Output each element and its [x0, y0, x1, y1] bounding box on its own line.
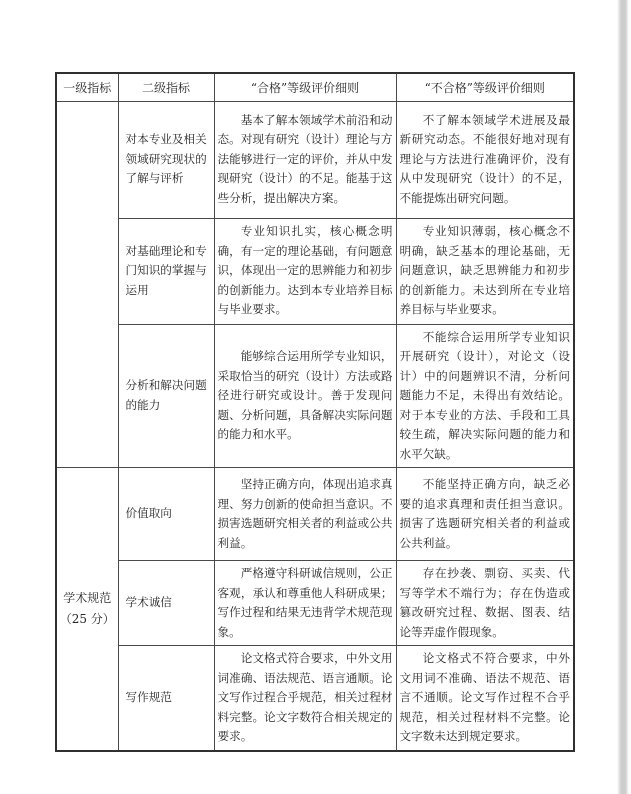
- fail-criteria-cell: 不能综合运用所学专业知识开展研究（设计），对论文（设计）中的问题辨识不清，分析问…: [396, 324, 574, 468]
- pass-criteria-cell: 论文格式符合要求，中外文用词准确、语法规范、语言通顺。论文写作过程合乎规范，相关…: [214, 646, 396, 751]
- document-page: 一级指标 二级指标 “合格”等级评价细则 “不合格”等级评价细则 对本专业及相关…: [0, 0, 631, 794]
- level2-cell: 分析和解决问题的能力: [118, 324, 214, 468]
- pass-criteria-text: 专业知识扎实，核心概念明确，有一定的理论基础，有问题意识，体现出一定的思辨能力和…: [218, 222, 393, 320]
- level2-cell: 对本专业及相关领域研究现状的了解与评析: [118, 101, 214, 218]
- table-row: 学术诚信 严格遵守科研诚信规则，公正客观，承认和尊重他人科研成果；写作过程和结果…: [56, 561, 574, 646]
- pass-criteria-cell: 坚持正确方向，体现出追求真理、努力创新的使命担当意识。不损害选题研究相关者的利益…: [214, 468, 396, 561]
- fail-criteria-text: 专业知识薄弱，核心概念不明确，缺乏基本的理论基础，无问题意识，缺乏思辨能力和初步…: [400, 222, 571, 320]
- table-row: 分析和解决问题的能力 能够综合运用所学专业知识，采取恰当的研究（设计）方法或路径…: [56, 324, 574, 468]
- level2-cell: 对基础理论和专门知识的掌握与运用: [118, 218, 214, 324]
- pass-criteria-cell: 基本了解本领域学术前沿和动态。对现有研究（设计）理论与方法能够进行一定的评价，并…: [214, 101, 396, 218]
- pass-criteria-text: 坚持正确方向，体现出追求真理、努力创新的使命担当意识。不损害选题研究相关者的利益…: [218, 475, 393, 553]
- level2-cell: 写作规范: [118, 646, 214, 751]
- evaluation-rubric-table: 一级指标 二级指标 “合格”等级评价细则 “不合格”等级评价细则 对本专业及相关…: [55, 72, 575, 752]
- header-pass-criteria: “合格”等级评价细则: [214, 73, 396, 101]
- fail-criteria-text: 存在抄袭、剽窃、买卖、代写等学术不端行为；存在伪造或篡改研究过程、数据、图表、结…: [400, 564, 571, 642]
- table-row: 对基础理论和专门知识的掌握与运用 专业知识扎实，核心概念明确，有一定的理论基础，…: [56, 218, 574, 324]
- level1-label-line1: 学术规范: [59, 588, 116, 609]
- level1-label-line2: （25 分）: [59, 609, 116, 630]
- fail-criteria-text: 不了解本领域学术进展及最新研究动态。不能很好地对现有理论与方法进行准确评价，没有…: [400, 111, 571, 209]
- fail-criteria-cell: 不能坚持正确方向，缺乏必要的追求真理和责任担当意识。损害了选题研究相关者的利益或…: [396, 468, 574, 561]
- header-fail-criteria: “不合格”等级评价细则: [396, 73, 574, 101]
- pass-criteria-cell: 能够综合运用所学专业知识，采取恰当的研究（设计）方法或路径进行研究或设计。善于发…: [214, 324, 396, 468]
- fail-criteria-text: 不能坚持正确方向，缺乏必要的追求真理和责任担当意识。损害了选题研究相关者的利益或…: [400, 475, 571, 553]
- level2-cell: 学术诚信: [118, 561, 214, 646]
- fail-criteria-cell: 存在抄袭、剽窃、买卖、代写等学术不端行为；存在伪造或篡改研究过程、数据、图表、结…: [396, 561, 574, 646]
- level1-cell-empty: [56, 101, 118, 468]
- level2-cell: 价值取向: [118, 468, 214, 561]
- table-row: 对本专业及相关领域研究现状的了解与评析 基本了解本领域学术前沿和动态。对现有研究…: [56, 101, 574, 218]
- pass-criteria-text: 能够综合运用所学专业知识，采取恰当的研究（设计）方法或路径进行研究或设计。善于发…: [218, 347, 393, 445]
- fail-criteria-text: 论文格式不符合要求，中外文用词不准确、语法不规范、语言不通顺。论文写作过程不合乎…: [400, 649, 571, 747]
- table-row: 学术规范 （25 分） 价值取向 坚持正确方向，体现出追求真理、努力创新的使命担…: [56, 468, 574, 561]
- page-edge-shadow: [617, 0, 629, 794]
- pass-criteria-cell: 专业知识扎实，核心概念明确，有一定的理论基础，有问题意识，体现出一定的思辨能力和…: [214, 218, 396, 324]
- pass-criteria-text: 论文格式符合要求，中外文用词准确、语法规范、语言通顺。论文写作过程合乎规范，相关…: [218, 649, 393, 747]
- header-level1-indicator: 一级指标: [56, 73, 118, 101]
- pass-criteria-text: 基本了解本领域学术前沿和动态。对现有研究（设计）理论与方法能够进行一定的评价，并…: [218, 111, 393, 209]
- pass-criteria-cell: 严格遵守科研诚信规则，公正客观，承认和尊重他人科研成果；写作过程和结果无违背学术…: [214, 561, 396, 646]
- level1-cell-academic-norms: 学术规范 （25 分）: [56, 468, 118, 751]
- header-row: 一级指标 二级指标 “合格”等级评价细则 “不合格”等级评价细则: [56, 73, 574, 101]
- fail-criteria-cell: 专业知识薄弱，核心概念不明确，缺乏基本的理论基础，无问题意识，缺乏思辨能力和初步…: [396, 218, 574, 324]
- pass-criteria-text: 严格遵守科研诚信规则，公正客观，承认和尊重他人科研成果；写作过程和结果无违背学术…: [218, 564, 393, 642]
- fail-criteria-cell: 不了解本领域学术进展及最新研究动态。不能很好地对现有理论与方法进行准确评价，没有…: [396, 101, 574, 218]
- table-row: 写作规范 论文格式符合要求，中外文用词准确、语法规范、语言通顺。论文写作过程合乎…: [56, 646, 574, 751]
- fail-criteria-cell: 论文格式不符合要求，中外文用词不准确、语法不规范、语言不通顺。论文写作过程不合乎…: [396, 646, 574, 751]
- header-level2-indicator: 二级指标: [118, 73, 214, 101]
- fail-criteria-text: 不能综合运用所学专业知识开展研究（设计），对论文（设计）中的问题辨识不清，分析问…: [400, 328, 571, 465]
